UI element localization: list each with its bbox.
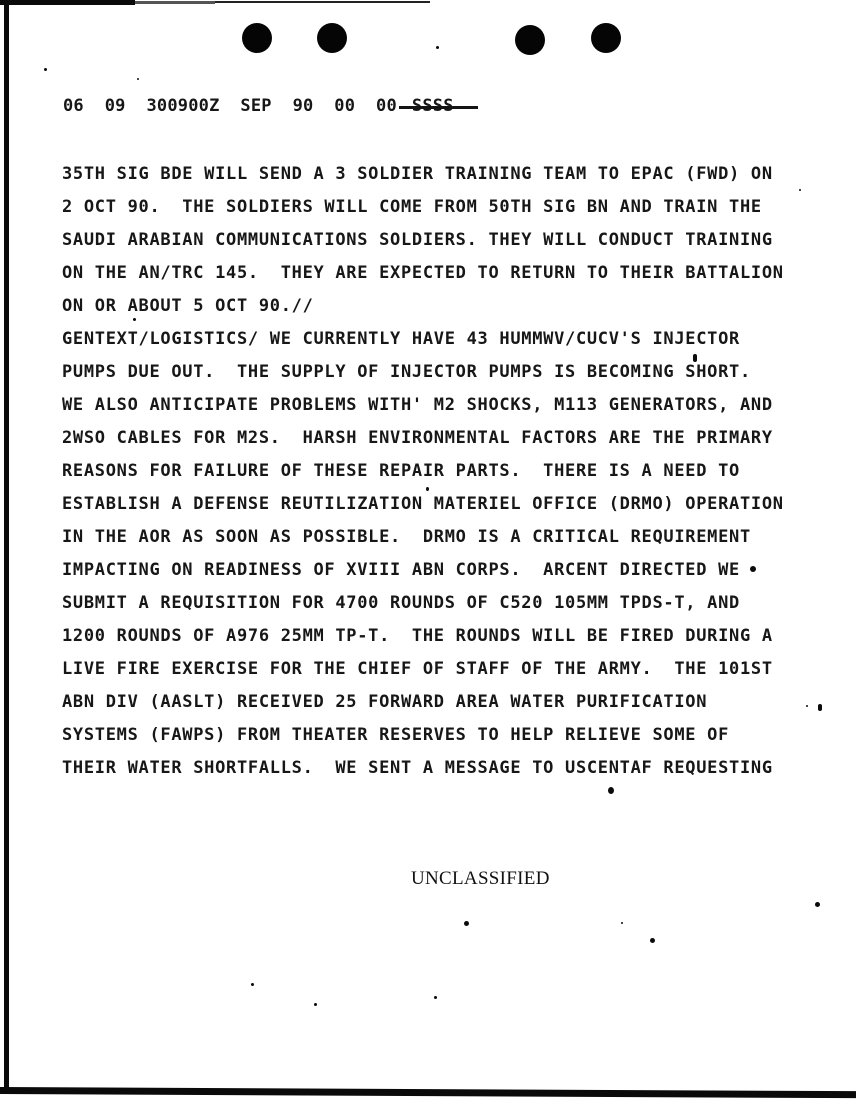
text-line: PUMPS DUE OUT. THE SUPPLY OF INJECTOR PU… [62,356,822,389]
text-line: THEIR WATER SHORTFALLS. WE SENT A MESSAG… [62,752,822,785]
scanned-document-page: 06 09 300900Z SEP 90 00 00SSSS 35TH SIG … [0,0,856,1104]
text-line: REASONS FOR FAILURE OF THESE REPAIR PART… [62,455,822,488]
scan-edge-top-gray [135,1,215,4]
text-line: 2 OCT 90. THE SOLDIERS WILL COME FROM 50… [62,191,822,224]
scan-edge-top [0,0,135,5]
scan-speck [750,566,756,572]
scan-speck [806,705,808,707]
text-line: IN THE AOR AS SOON AS POSSIBLE. DRMO IS … [62,521,822,554]
scan-speck [251,983,254,986]
scan-speck [314,1003,317,1006]
text-line: IMPACTING ON READINESS OF XVIII ABN CORP… [62,554,822,587]
scan-speck [799,189,801,191]
text-line: 2WSO CABLES FOR M2S. HARSH ENVIRONMENTAL… [62,422,822,455]
message-header-line: 06 09 300900Z SEP 90 00 00SSSS [63,96,454,116]
scan-speck [693,354,697,362]
scan-edge-top-thin [215,1,430,3]
header-text: 06 09 300900Z SEP 90 00 00 [63,96,397,116]
scan-speck [44,68,47,71]
scan-edge-bottom [0,1087,856,1098]
scan-speck [426,487,429,491]
hole-punch-dot [515,25,545,55]
text-line: ON THE AN/TRC 145. THEY ARE EXPECTED TO … [62,257,822,290]
text-line: 1200 ROUNDS OF A976 25MM TP-T. THE ROUND… [62,620,822,653]
scan-speck [133,318,136,321]
hole-punch-dot [317,23,347,53]
scan-speck [621,922,623,924]
text-line: ON OR ABOUT 5 OCT 90.// [62,290,822,323]
scan-speck [818,704,822,711]
scan-speck [137,78,139,80]
text-line: GENTEXT/LOGISTICS/ WE CURRENTLY HAVE 43 … [62,323,822,356]
scan-speck [815,902,820,907]
text-line: SYSTEMS (FAWPS) FROM THEATER RESERVES TO… [62,719,822,752]
hole-punch-dot [591,23,621,53]
text-line: SUBMIT A REQUISITION FOR 4700 ROUNDS OF … [62,587,822,620]
message-body: 35TH SIG BDE WILL SEND A 3 SOLDIER TRAIN… [62,158,822,785]
struck-classification-code: SSSS [412,96,454,116]
text-line: 35TH SIG BDE WILL SEND A 3 SOLDIER TRAIN… [62,158,822,191]
text-line: WE ALSO ANTICIPATE PROBLEMS WITH' M2 SHO… [62,389,822,422]
classification-marking: UNCLASSIFIED [411,869,550,888]
hole-punch-dot [242,23,272,53]
scan-speck [650,938,655,943]
scan-speck [608,787,614,794]
text-line: SAUDI ARABIAN COMMUNICATIONS SOLDIERS. T… [62,224,822,257]
text-line: LIVE FIRE EXERCISE FOR THE CHIEF OF STAF… [62,653,822,686]
text-line: ABN DIV (AASLT) RECEIVED 25 FORWARD AREA… [62,686,822,719]
scan-speck [464,921,469,926]
scan-speck [434,996,437,999]
scan-edge-left [4,0,9,1092]
scan-speck [436,46,439,49]
text-line: ESTABLISH A DEFENSE REUTILIZATION MATERI… [62,488,822,521]
